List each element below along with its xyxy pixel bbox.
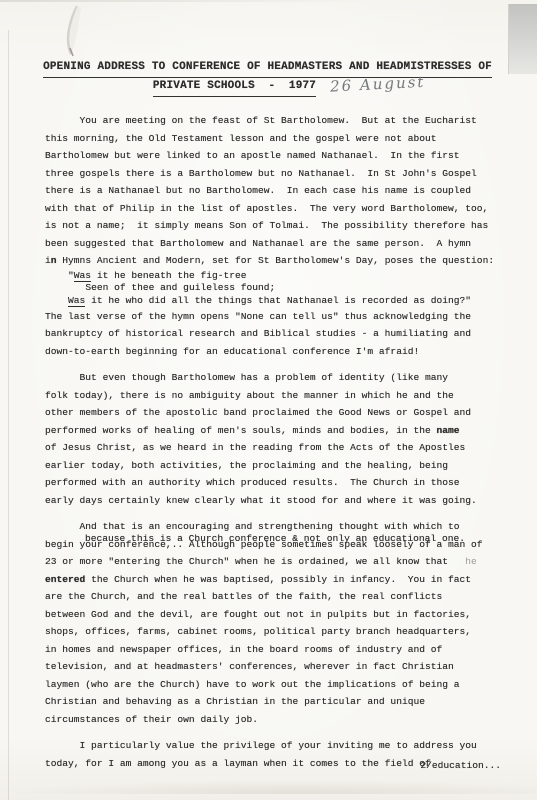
typed-line: in homes and newspaper offices, in the b…	[45, 641, 501, 659]
text-segment: been suggested that Bartholomew and Nath…	[45, 238, 471, 249]
typed-line: are the Church, and the real battles of …	[45, 588, 501, 606]
text-segment: circumstances of their own daily job.	[45, 714, 258, 725]
text-segment: early days certainly knew clearly what i…	[45, 495, 477, 506]
typed-line: between God and the devil, are fought ou…	[45, 606, 501, 624]
text-segment: the Church when he was baptised, possibl…	[85, 574, 471, 585]
text-segment: Seen of thee and guileless found;	[85, 282, 275, 293]
text-segment: between God and the devil, are fought ou…	[45, 609, 471, 620]
paragraph: And that is an encouraging and strengthe…	[45, 518, 501, 728]
typed-line: three gospels there is a Bartholomew but…	[45, 165, 501, 183]
text-segment: bankruptcy of historical research and Bi…	[45, 328, 471, 339]
text-segment: because this is a Church conference & no…	[85, 533, 465, 544]
typed-line: early days certainly knew clearly what i…	[45, 492, 501, 510]
paragraph: But even though Bartholomew has a proble…	[45, 369, 501, 509]
typed-line: other members of the apostolic band proc…	[45, 404, 501, 422]
text-segment: television, and at headmasters' conferen…	[45, 661, 454, 672]
text-segment: 23 or more "entering the Church" when he…	[45, 556, 448, 567]
typed-line: laymen (who are the Church) have to work…	[45, 676, 501, 694]
text-segment: The last verse of the hymn opens "None c…	[45, 311, 471, 322]
paragraph: You are meeting on the feast of St Barth…	[45, 112, 501, 360]
text-segment: earlier today, both activities, the proc…	[45, 460, 448, 471]
text-segment: But even though Bartholomew has a proble…	[80, 372, 448, 383]
typed-line: performed with an authority which produc…	[45, 474, 501, 492]
scan-edge-shadow	[508, 4, 537, 74]
text-segment: this morning, the Old Testament lesson a…	[45, 133, 437, 144]
page-bottom-shadow	[0, 780, 537, 794]
text-segment: of Jesus Christ, as we heard in the read…	[45, 442, 465, 453]
text-segment: are the Church, and the real battles of …	[45, 591, 442, 602]
document-body: You are meeting on the feast of St Barth…	[45, 112, 501, 781]
text-segment: And that is an encouraging and strengthe…	[80, 521, 460, 532]
text-segment: other members of the apostolic band proc…	[45, 407, 471, 418]
typed-line: Seen of thee and guileless found;	[45, 282, 501, 295]
text-segment: "	[68, 270, 74, 281]
typed-line: down-to-earth beginning for an education…	[45, 343, 501, 361]
typed-line: folk today), there is no ambiguity about…	[45, 387, 501, 405]
text-segment: Hymns Ancient and Modern, set for St Bar…	[57, 255, 495, 266]
text-segment: it he beneath the fig-tree	[91, 270, 246, 281]
text-segment: Was	[74, 270, 91, 282]
typed-line: I particularly value the privilege of yo…	[45, 737, 501, 755]
text-segment: Was	[68, 295, 85, 307]
typed-line: Christian and behaving as a Christian in…	[45, 693, 501, 711]
typed-line: shops, offices, farms, cabinet rooms, po…	[45, 623, 501, 641]
typed-line: television, and at headmasters' conferen…	[45, 658, 501, 676]
text-segment: performed works of healing of men's soul…	[45, 425, 437, 436]
scan-left-edge	[8, 30, 9, 800]
text-segment: in homes and newspaper offices, in the b…	[45, 644, 442, 655]
typed-line: entered the Church when he was baptised,…	[45, 571, 501, 589]
title-line-2: PRIVATE SCHOOLS - 1977	[153, 78, 316, 97]
typed-line: earlier today, both activities, the proc…	[45, 457, 501, 475]
text-segment: with that of Philip in the list of apost…	[45, 203, 488, 214]
page-continuation: 2/education...	[45, 760, 501, 771]
typed-line: But even though Bartholomew has a proble…	[45, 369, 501, 387]
typed-line: Bartholomew but were linked to an apostl…	[45, 147, 501, 165]
text-segment: You are meeting on the feast of St Barth…	[80, 115, 477, 126]
typed-line: been suggested that Bartholomew and Nath…	[45, 235, 501, 253]
typed-line: of Jesus Christ, as we heard in the read…	[45, 439, 501, 457]
text-segment: down-to-earth beginning for an education…	[45, 346, 419, 357]
typed-line: "Was it he beneath the fig-tree	[45, 270, 501, 283]
text-segment: I particularly value the privilege of yo…	[80, 740, 477, 751]
typed-line: performed works of healing of men's soul…	[45, 422, 501, 440]
typed-line: in Hymns Ancient and Modern, set for St …	[45, 252, 501, 270]
typed-line: is not a name; it simply means Son of To…	[45, 217, 501, 235]
text-segment: is not a name; it simply means Son of To…	[45, 220, 488, 231]
text-segment: three gospels there is a Bartholomew but…	[45, 168, 477, 179]
typed-line: You are meeting on the feast of St Barth…	[45, 112, 501, 130]
text-segment: laymen (who are the Church) have to work…	[45, 679, 460, 690]
paper-fold-mark	[55, 2, 105, 62]
typed-line: Was it he who did all the things that Na…	[45, 295, 501, 308]
typed-line: there is a Nathanael but no Bartholomew.…	[45, 182, 501, 200]
text-segment: Bartholomew but were linked to an apostl…	[45, 150, 460, 161]
text-segment: Christian and behaving as a Christian in…	[45, 696, 425, 707]
text-segment: he	[448, 556, 477, 567]
typed-line: 23 or more "entering the Church" when he…	[45, 553, 501, 571]
text-segment: name	[437, 425, 460, 436]
text-segment: shops, offices, farms, cabinet rooms, po…	[45, 626, 471, 637]
typed-line: this morning, the Old Testament lesson a…	[45, 130, 501, 148]
title-line-2-wrap: PRIVATE SCHOOLS - 1977	[153, 80, 316, 92]
text-segment: folk today), there is no ambiguity about…	[45, 390, 454, 401]
typed-line: with that of Philip in the list of apost…	[45, 200, 501, 218]
typed-line: The last verse of the hymn opens "None c…	[45, 308, 501, 326]
typed-line: bankruptcy of historical research and Bi…	[45, 325, 501, 343]
text-segment: performed with an authority which produc…	[45, 477, 460, 488]
text-segment: it he who did all the things that Nathan…	[85, 295, 471, 306]
text-segment: there is a Nathanael but no Bartholomew.…	[45, 185, 471, 196]
text-segment: entered	[45, 574, 85, 585]
document-page: OPENING ADDRESS TO CONFERENCE OF HEADMAS…	[0, 0, 537, 800]
typed-line: circumstances of their own daily job.	[45, 711, 501, 729]
